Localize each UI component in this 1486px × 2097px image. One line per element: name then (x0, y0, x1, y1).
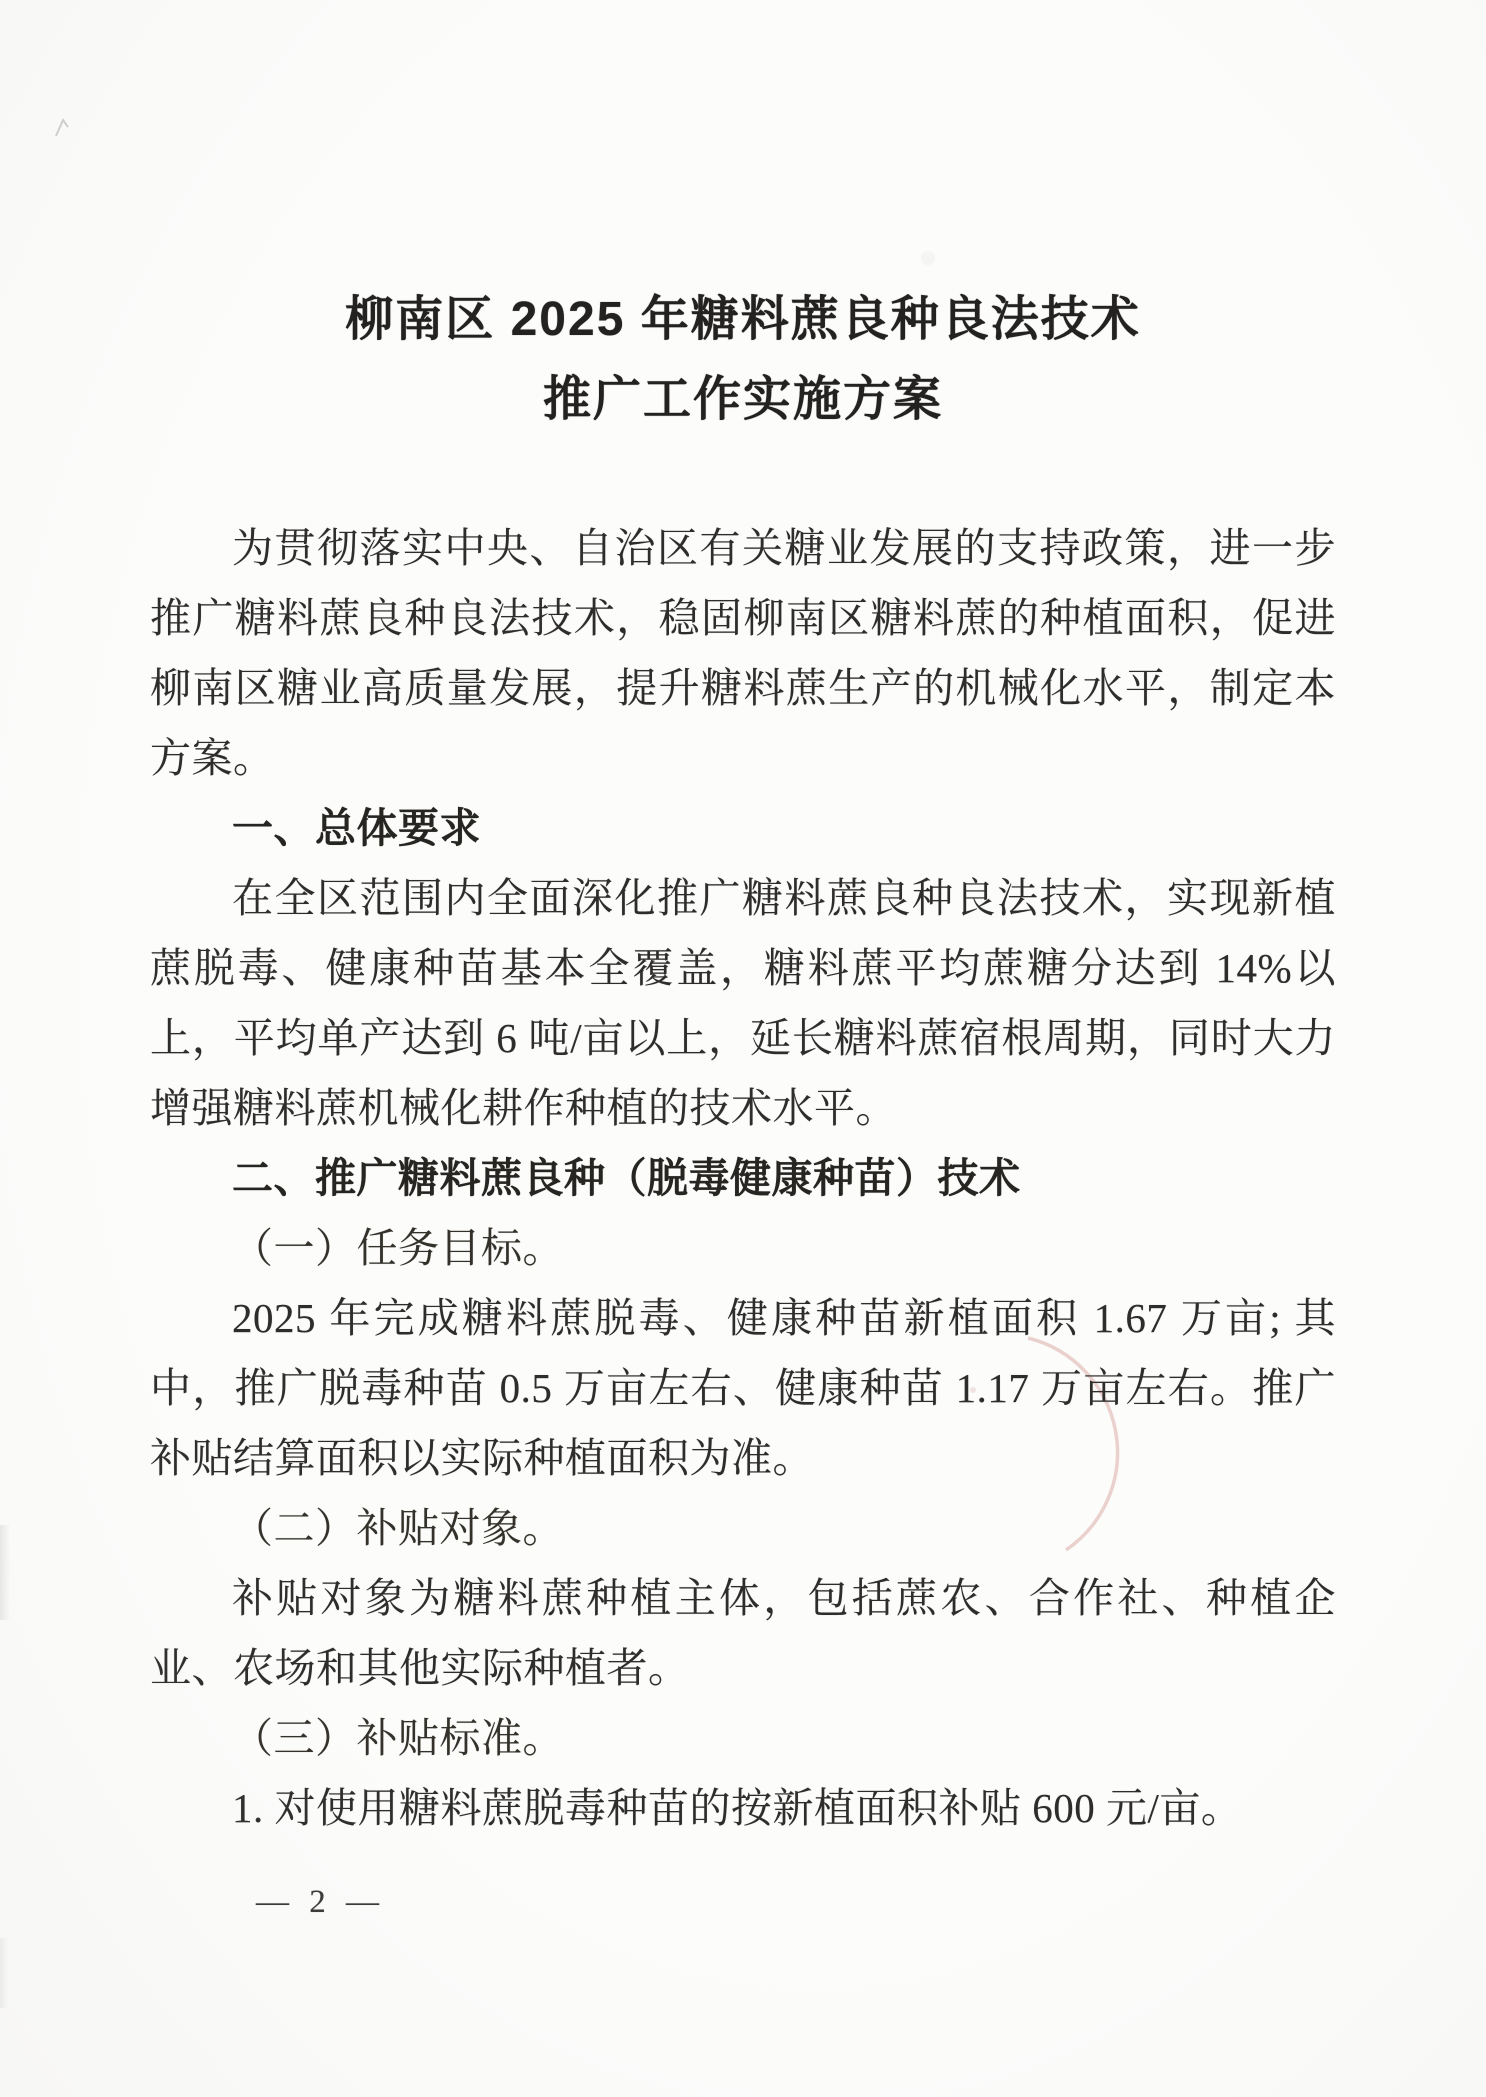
document-title-line-2: 推广工作实施方案 (150, 360, 1336, 440)
heading-section-2: 二、推广糖料蔗良种（脱毒健康种苗）技术 (150, 1143, 1336, 1213)
subheading-subsidy-standard: （三）补贴标准。 (150, 1703, 1336, 1773)
paragraph-task-target: 2025 年完成糖料蔗脱毒、健康种苗新植面积 1.67 万亩; 其中，推广脱毒种… (150, 1283, 1336, 1493)
heading-section-1: 一、总体要求 (150, 793, 1336, 863)
subheading-subsidy-recipients: （二）补贴对象。 (150, 1493, 1336, 1563)
left-edge-smudge (0, 1525, 10, 1620)
pencil-mark (56, 120, 68, 136)
paragraph-subsidy-recipients: 补贴对象为糖料蔗种植主体，包括蔗农、合作社、种植企业、农场和其他实际种植者。 (150, 1563, 1336, 1703)
paragraph-intro: 为贯彻落实中央、自治区有关糖业发展的支持政策，进一步推广糖料蔗良种良法技术，稳固… (150, 513, 1336, 793)
subheading-task-target: （一）任务目标。 (150, 1213, 1336, 1283)
paragraph-subsidy-standard-item: 1. 对使用糖料蔗脱毒种苗的按新植面积补贴 600 元/亩。 (150, 1773, 1336, 1843)
document-title-line-1: 柳南区 2025 年糖料蔗良种良法技术 (150, 280, 1336, 360)
scanned-document-page: 柳南区 2025 年糖料蔗良种良法技术 推广工作实施方案 为贯彻落实中央、自治区… (0, 0, 1486, 2097)
left-edge-smudge (0, 1938, 8, 2008)
page-number: — 2 — (256, 1880, 385, 1924)
document-body: 柳南区 2025 年糖料蔗良种良法技术 推广工作实施方案 为贯彻落实中央、自治区… (150, 280, 1336, 1843)
paragraph-overall-requirements: 在全区范围内全面深化推广糖料蔗良种良法技术，实现新植蔗脱毒、健康种苗基本全覆盖，… (150, 863, 1336, 1143)
document-title: 柳南区 2025 年糖料蔗良种良法技术 推广工作实施方案 (150, 280, 1336, 440)
paper-smudge (921, 251, 935, 265)
